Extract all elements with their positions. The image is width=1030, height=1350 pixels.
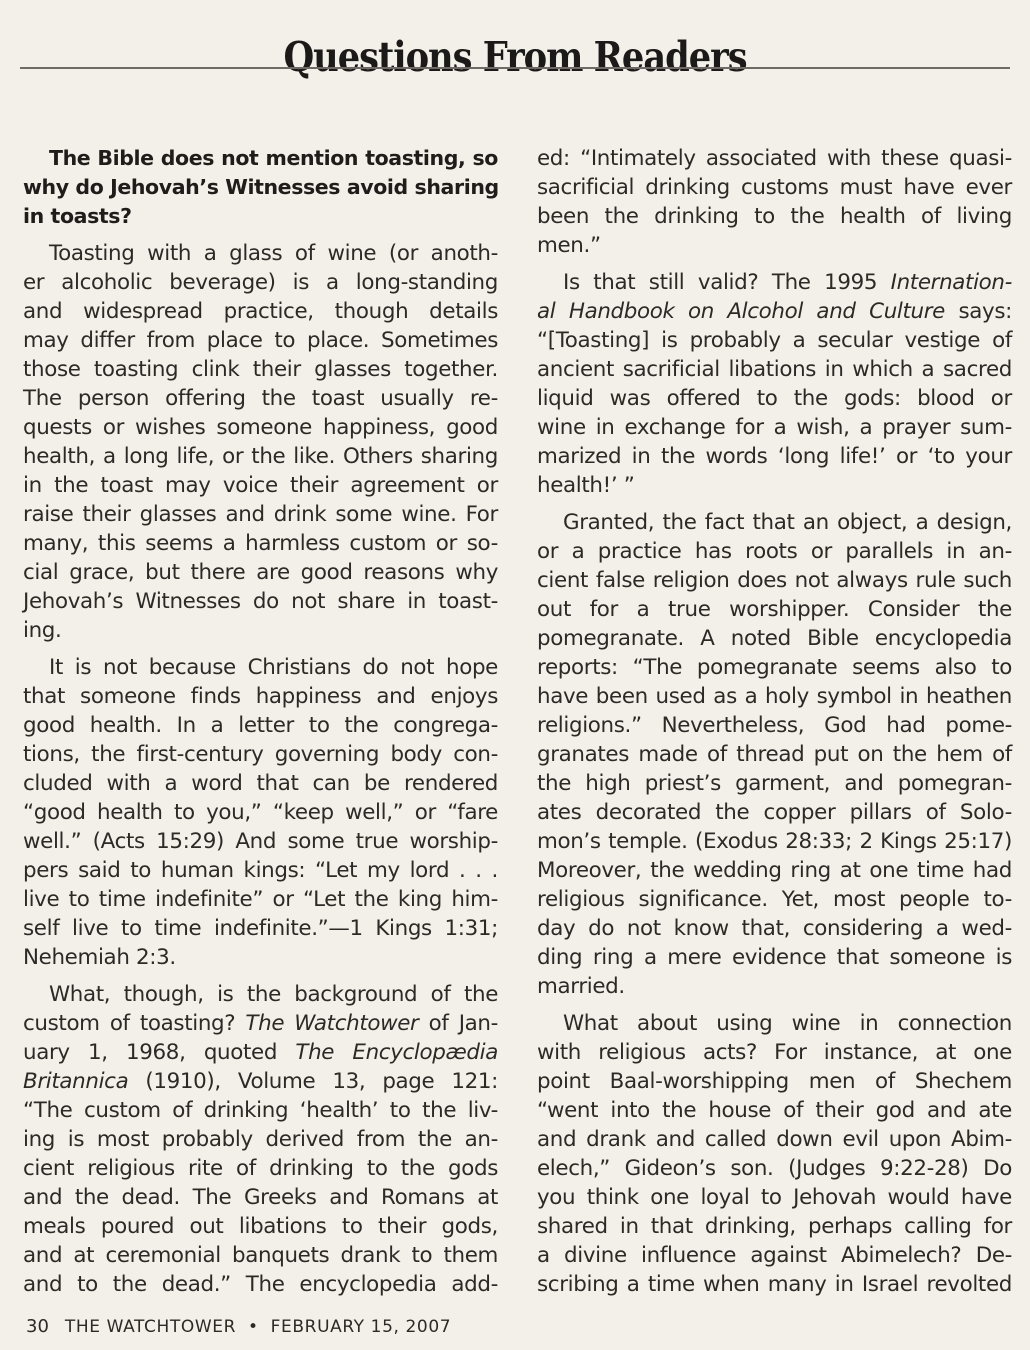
paragraph-wine-religious-acts: What about using wine in connection with… [537, 1009, 1012, 1299]
publication-name: THE WATCHTOWER [65, 1317, 236, 1337]
page-number: 30 [26, 1316, 49, 1337]
text-line: marized in the words ‘long life!’ or ‘to… [537, 442, 1012, 471]
text-line: day do not know that, considering a wed- [537, 914, 1012, 943]
text-line: cial grace, but there are good reasons w… [23, 558, 498, 587]
text-line: reports: “The pomegranate seems also to [537, 653, 1012, 682]
question-line: The Bible does not mention toasting, so [23, 144, 498, 173]
right-column: ed: “Intimately associated with these qu… [537, 144, 1012, 1299]
page-footer: 30 THE WATCHTOWER • FEBRUARY 15, 2007 [26, 1316, 451, 1337]
text-line: Moreover, the wedding ring at one time h… [537, 856, 1012, 885]
text-line: men.” [537, 231, 1012, 260]
text-line: religions.” Nevertheless, God had pome- [537, 711, 1012, 740]
text-line: may differ from place to place. Sometime… [23, 326, 498, 355]
text-line: er alcoholic beverage) is a long-standin… [23, 268, 498, 297]
page-title: Questions From Readers [72, 33, 958, 81]
issue-date: FEBRUARY 15, 2007 [271, 1317, 451, 1337]
text-line: Toasting with a glass of wine (or anoth- [23, 239, 498, 268]
text-line: Jehovah’s Witnesses do not share in toas… [23, 587, 498, 616]
text-line: “went into the house of their god and at… [537, 1096, 1012, 1125]
text-line: live to time indefinite” or “Let the kin… [23, 885, 498, 914]
text-line: sacrificial drinking customs must have e… [537, 173, 1012, 202]
magazine-page: Questions From Readers The Bible does no… [0, 0, 1030, 1350]
text-line: married. [537, 972, 1012, 1001]
text-line-with-italic: Is that still valid? The 1995 Internatio… [537, 268, 1012, 297]
question-line: why do Jehovah’s Witnesses avoid sharing [23, 173, 498, 202]
text-line: the high priest’s garment, and pomegran- [537, 769, 1012, 798]
italic-title: The Watchtower [245, 1011, 418, 1036]
text-line: been the drinking to the health of livin… [537, 202, 1012, 231]
paragraph-still-valid: Is that still valid? The 1995 Internatio… [537, 268, 1012, 500]
text-line: with religious acts? For instance, at on… [537, 1038, 1012, 1067]
text-line: and drank and called down evil upon Abim… [537, 1125, 1012, 1154]
text-line: ed: “Intimately associated with these qu… [537, 144, 1012, 173]
text-line: cient false religion does not always rul… [537, 566, 1012, 595]
text-line: scribing a time when many in Israel revo… [537, 1270, 1012, 1299]
paragraph-encyclopedia-continued: ed: “Intimately associated with these qu… [537, 144, 1012, 260]
question-heading: The Bible does not mention toasting, so … [23, 144, 498, 231]
paragraph-toasting-background: What, though, is the background of the c… [23, 980, 498, 1299]
italic-title: Internation- [891, 270, 1012, 295]
text-line: “The custom of drinking ‘health’ to the … [23, 1096, 498, 1125]
paragraph-toasting-practice: Toasting with a glass of wine (or anoth-… [23, 239, 498, 645]
text-line: It is not because Christians do not hope [23, 653, 498, 682]
italic-title: The Encyclopædia [295, 1040, 498, 1065]
text-line: ates decorated the copper pillars of Sol… [537, 798, 1012, 827]
text-line: What about using wine in connection [537, 1009, 1012, 1038]
text-line: wine in exchange for a wish, a prayer su… [537, 413, 1012, 442]
title-rule-divider [20, 67, 1010, 69]
text-line: self live to time indefinite.”—1 Kings 1… [23, 914, 498, 943]
text-line: ancient sacrificial libations in which a… [537, 355, 1012, 384]
text-line-with-italic: uary 1, 1968, quoted The Encyclopædia [23, 1038, 498, 1067]
text-line: health, a long life, or the like. Others… [23, 442, 498, 471]
text-line: in the toast may voice their agreement o… [23, 471, 498, 500]
bullet-separator-icon: • [248, 1317, 259, 1337]
text-line: well.” (Acts 15:29) And some true worshi… [23, 827, 498, 856]
paragraph-christians-hope: It is not because Christians do not hope… [23, 653, 498, 972]
text-line: ing. [23, 616, 498, 645]
question-line: in toasts? [23, 202, 498, 231]
text-line: a divine influence against Abimelech? De… [537, 1241, 1012, 1270]
text-line: religious significance. Yet, most people… [537, 885, 1012, 914]
text-line: many, this seems a harmless custom or so… [23, 529, 498, 558]
left-column: The Bible does not mention toasting, so … [23, 144, 498, 1299]
text-line-with-italic: al Handbook on Alcohol and Culture says: [537, 297, 1012, 326]
text-line: those toasting clink their glasses toget… [23, 355, 498, 384]
text-line: or a practice has roots or parallels in … [537, 537, 1012, 566]
text-line: shared in that drinking, perhaps calling… [537, 1212, 1012, 1241]
text-line: What, though, is the background of the [23, 980, 498, 1009]
text-line: you think one loyal to Jehovah would hav… [537, 1183, 1012, 1212]
text-line: granates made of thread put on the hem o… [537, 740, 1012, 769]
text-line: meals poured out libations to their gods… [23, 1212, 498, 1241]
text-line: Nehemiah 2:3. [23, 943, 498, 972]
text-line: and the dead. The Greeks and Romans at [23, 1183, 498, 1212]
text-line: Granted, the fact that an object, a desi… [537, 508, 1012, 537]
text-line: “[Toasting] is probably a secular vestig… [537, 326, 1012, 355]
text-line: ing is most probably derived from the an… [23, 1125, 498, 1154]
paragraph-pomegranate: Granted, the fact that an object, a desi… [537, 508, 1012, 1001]
text-line: and widespread practice, though details [23, 297, 498, 326]
text-line-with-italic: Britannica (1910), Volume 13, page 121: [23, 1067, 498, 1096]
text-line: liquid was offered to the gods: blood or [537, 384, 1012, 413]
text-line: elech,” Gideon’s son. (Judges 9:22-28) D… [537, 1154, 1012, 1183]
text-line: cluded with a word that can be rendered [23, 769, 498, 798]
text-line: quests or wishes someone happiness, good [23, 413, 498, 442]
text-line: pers said to human kings: “Let my lord .… [23, 856, 498, 885]
text-line: have been used as a holy symbol in heath… [537, 682, 1012, 711]
text-line: “good health to you,” “keep well,” or “f… [23, 798, 498, 827]
text-line: that someone finds happiness and enjoys [23, 682, 498, 711]
text-line: The person offering the toast usually re… [23, 384, 498, 413]
italic-title: al Handbook on Alcohol and Culture [537, 299, 945, 324]
text-line: good health. In a letter to the congrega… [23, 711, 498, 740]
text-line: tions, the first-century governing body … [23, 740, 498, 769]
text-line: point Baal-worshipping men of Shechem [537, 1067, 1012, 1096]
text-line-with-italic: custom of toasting? The Watchtower of Ja… [23, 1009, 498, 1038]
text-line: pomegranate. A noted Bible encyclopedia [537, 624, 1012, 653]
text-line: mon’s temple. (Exodus 28:33; 2 Kings 25:… [537, 827, 1012, 856]
text-line: and at ceremonial banquets drank to them [23, 1241, 498, 1270]
text-line: raise their glasses and drink some wine.… [23, 500, 498, 529]
text-line: out for a true worshipper. Consider the [537, 595, 1012, 624]
text-line: and to the dead.” The encyclopedia add- [23, 1270, 498, 1299]
italic-title: Britannica [23, 1069, 128, 1094]
text-line: cient religious rite of drinking to the … [23, 1154, 498, 1183]
text-line: ding ring a mere evidence that someone i… [537, 943, 1012, 972]
text-line: health!’ ” [537, 471, 1012, 500]
